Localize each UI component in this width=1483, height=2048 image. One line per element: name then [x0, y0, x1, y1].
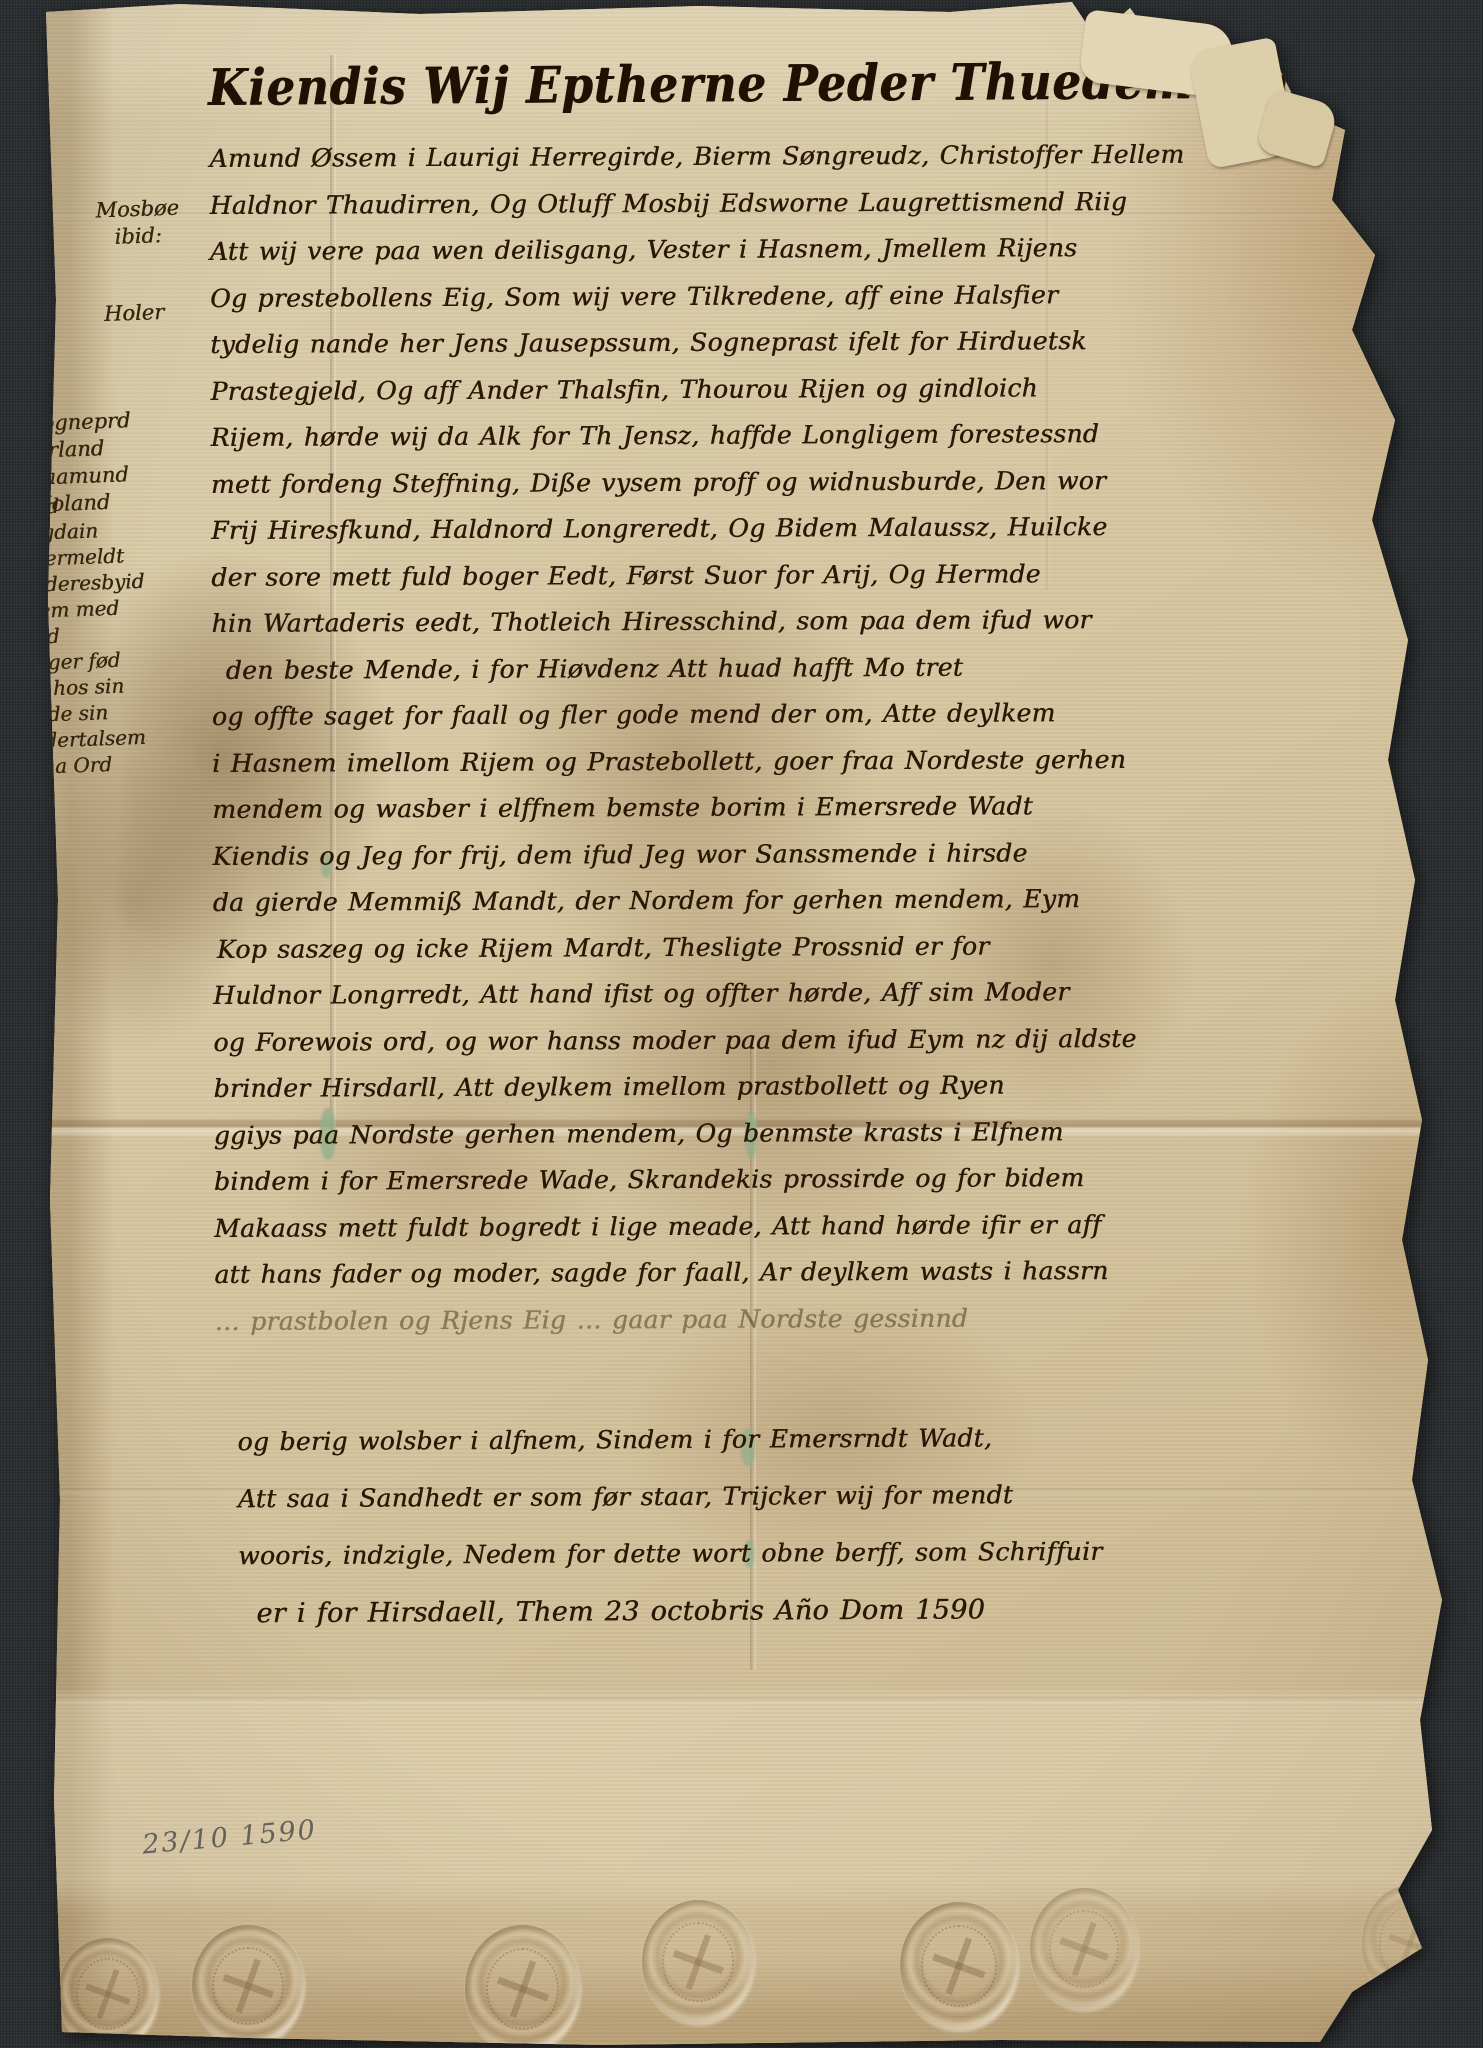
wax-seal-impression — [642, 1900, 754, 2024]
wax-seal-impression — [900, 1902, 1018, 2030]
photograph-of-1590-manuscript: { "document": { "title_line": "Kiendis W… — [0, 0, 1483, 2048]
wax-seal-impression — [192, 1925, 304, 2047]
wax-seal-impression — [1030, 1888, 1138, 2010]
wax-seal-impression — [1362, 1885, 1458, 2003]
paper-sheet: Kiendis Wij Eptherne Peder Thuedem Loghm… — [0, 0, 1483, 2048]
wax-seal-impression — [58, 1938, 158, 2048]
seal-row — [0, 0, 1483, 2048]
paper-sheet-wrap: Kiendis Wij Eptherne Peder Thuedem Loghm… — [0, 0, 1483, 2048]
wax-seal-impression — [465, 1925, 580, 2048]
